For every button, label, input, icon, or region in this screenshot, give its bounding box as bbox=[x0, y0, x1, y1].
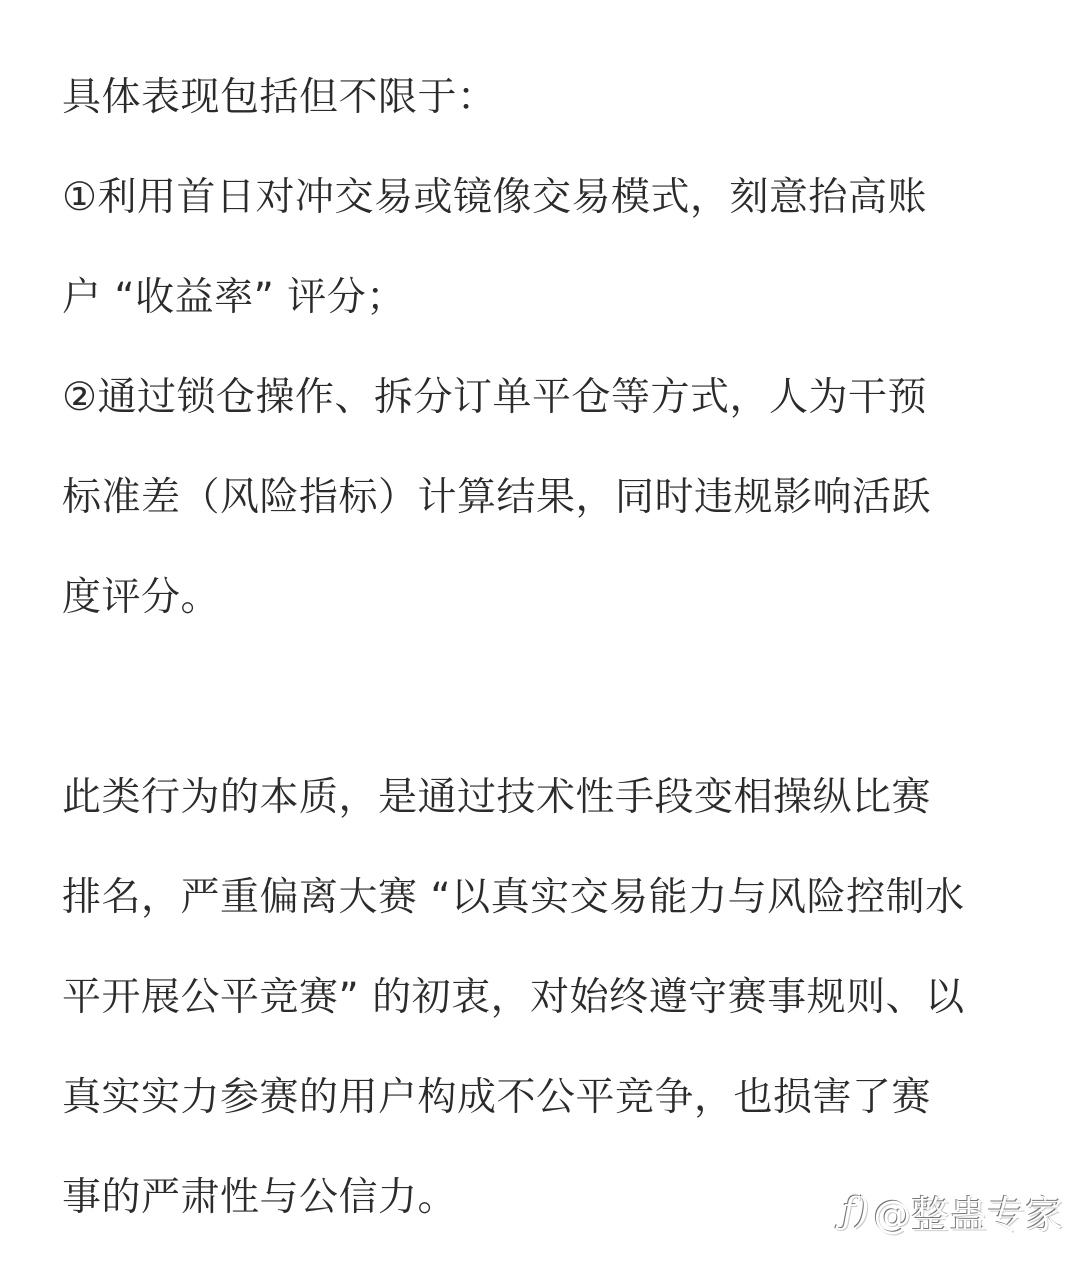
conclusion-line-1: 此类行为的本质，是通过技术性手段变相操纵比赛 bbox=[62, 748, 1022, 848]
watermark: ƒ) @整蛊专家 bbox=[842, 1184, 1063, 1239]
intro-line: 具体表现包括但不限于： bbox=[62, 48, 1022, 148]
platform-logo-icon: ƒ) bbox=[842, 1191, 869, 1232]
conclusion-line-4: 真实实力参赛的用户构成不公平竞争，也损害了赛 bbox=[62, 1048, 1022, 1148]
item-2-line-1: ②通过锁仓操作、拆分订单平仓等方式，人为干预 bbox=[62, 348, 1022, 448]
conclusion-line-3: 平开展公平竞赛” 的初衷，对始终遵守赛事规则、以 bbox=[62, 948, 1022, 1048]
item-1-line-2: 户 “收益率” 评分； bbox=[62, 248, 1022, 348]
watermark-author: @整蛊专家 bbox=[873, 1184, 1063, 1239]
item-2-line-3: 度评分。 bbox=[62, 548, 1022, 648]
article-body: 具体表现包括但不限于： ①利用首日对冲交易或镜像交易模式，刻意抬高账 户 “收益… bbox=[62, 48, 1022, 1248]
paragraph-gap bbox=[62, 648, 1022, 748]
conclusion-line-2: 排名，严重偏离大赛 “以真实交易能力与风险控制水 bbox=[62, 848, 1022, 948]
item-2-line-2: 标准差（风险指标）计算结果，同时违规影响活跃 bbox=[62, 448, 1022, 548]
item-1-line-1: ①利用首日对冲交易或镜像交易模式，刻意抬高账 bbox=[62, 148, 1022, 248]
